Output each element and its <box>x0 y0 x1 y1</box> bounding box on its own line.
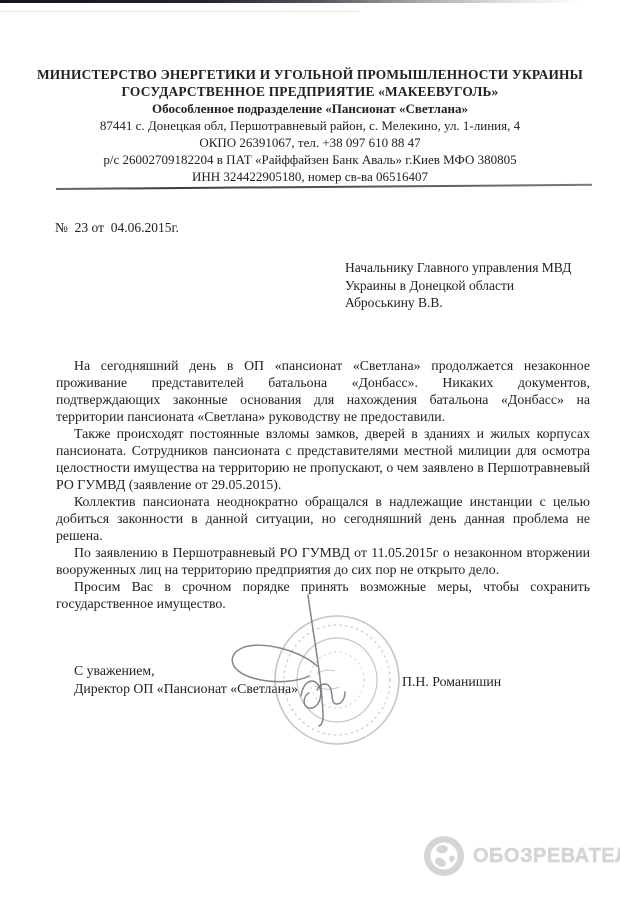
letterhead: МИНИСТЕРСТВО ЭНЕРГЕТИКИ И УГОЛЬНОЙ ПРОМЫ… <box>12 66 608 185</box>
watermark-logo: ОБОЗРЕВАТЕЛЬ <box>424 836 620 876</box>
body-paragraph: Также происходят постоянные взломы замко… <box>56 425 590 493</box>
body-paragraph: Просим Вас в срочном порядке принять воз… <box>56 578 590 612</box>
subdivision-name: Обособленное подразделение «Пансионат «С… <box>12 100 608 117</box>
watermark-text: ОБОЗРЕВАТЕЛЬ <box>473 845 620 868</box>
letter-body: На сегодняшний день в ОП «пансионат «Све… <box>56 357 590 612</box>
signer-position: Директор ОП «Пансионат «Светлана» <box>74 680 298 698</box>
body-paragraph: По заявлению в Першотравневый РО ГУМВД о… <box>56 544 590 578</box>
scan-smudge-artifact <box>0 11 360 12</box>
closing-salutation: С уважением, <box>74 662 298 680</box>
closing-block: С уважением, Директор ОП «Пансионат «Све… <box>74 662 298 697</box>
addressee-line: Начальнику Главного управления МВД <box>345 259 572 277</box>
signer-name: П.Н. Романишин <box>402 674 501 690</box>
ministry-name: МИНИСТЕРСТВО ЭНЕРГЕТИКИ И УГОЛЬНОЙ ПРОМЫ… <box>12 66 608 83</box>
globe-icon <box>424 836 464 876</box>
letterhead-bank-account: р/с 26002709182204 в ПАТ «Райффайзен Бан… <box>12 151 608 168</box>
reference-number: № 23 от 04.06.2015г. <box>55 220 179 236</box>
scanned-letter-page: МИНИСТЕРСТВО ЭНЕРГЕТИКИ И УГОЛЬНОЙ ПРОМЫ… <box>0 0 620 898</box>
handwritten-signature-icon <box>232 595 345 726</box>
letterhead-address: 87441 с. Донецкая обл, Першотравневый ра… <box>12 117 608 134</box>
body-paragraph: На сегодняшний день в ОП «пансионат «Све… <box>56 357 590 425</box>
addressee-line: Аброськину В.В. <box>345 294 572 312</box>
scan-edge-artifact <box>0 0 582 3</box>
enterprise-name: ГОСУДАРСТВЕННОЕ ПРЕДПРИЯТИЕ «МАКЕЕВУГОЛЬ… <box>12 83 608 100</box>
letterhead-inn: ИНН 324422905180, номер св-ва 06516407 <box>12 168 608 185</box>
addressee-block: Начальнику Главного управления МВД Украи… <box>345 259 572 312</box>
letterhead-okpo-phone: ОКПО 26391067, тел. +38 097 610 88 47 <box>12 134 608 151</box>
body-paragraph: Коллектив пансионата неоднократно обраща… <box>56 493 590 544</box>
addressee-line: Украины в Донецкой области <box>345 277 572 295</box>
